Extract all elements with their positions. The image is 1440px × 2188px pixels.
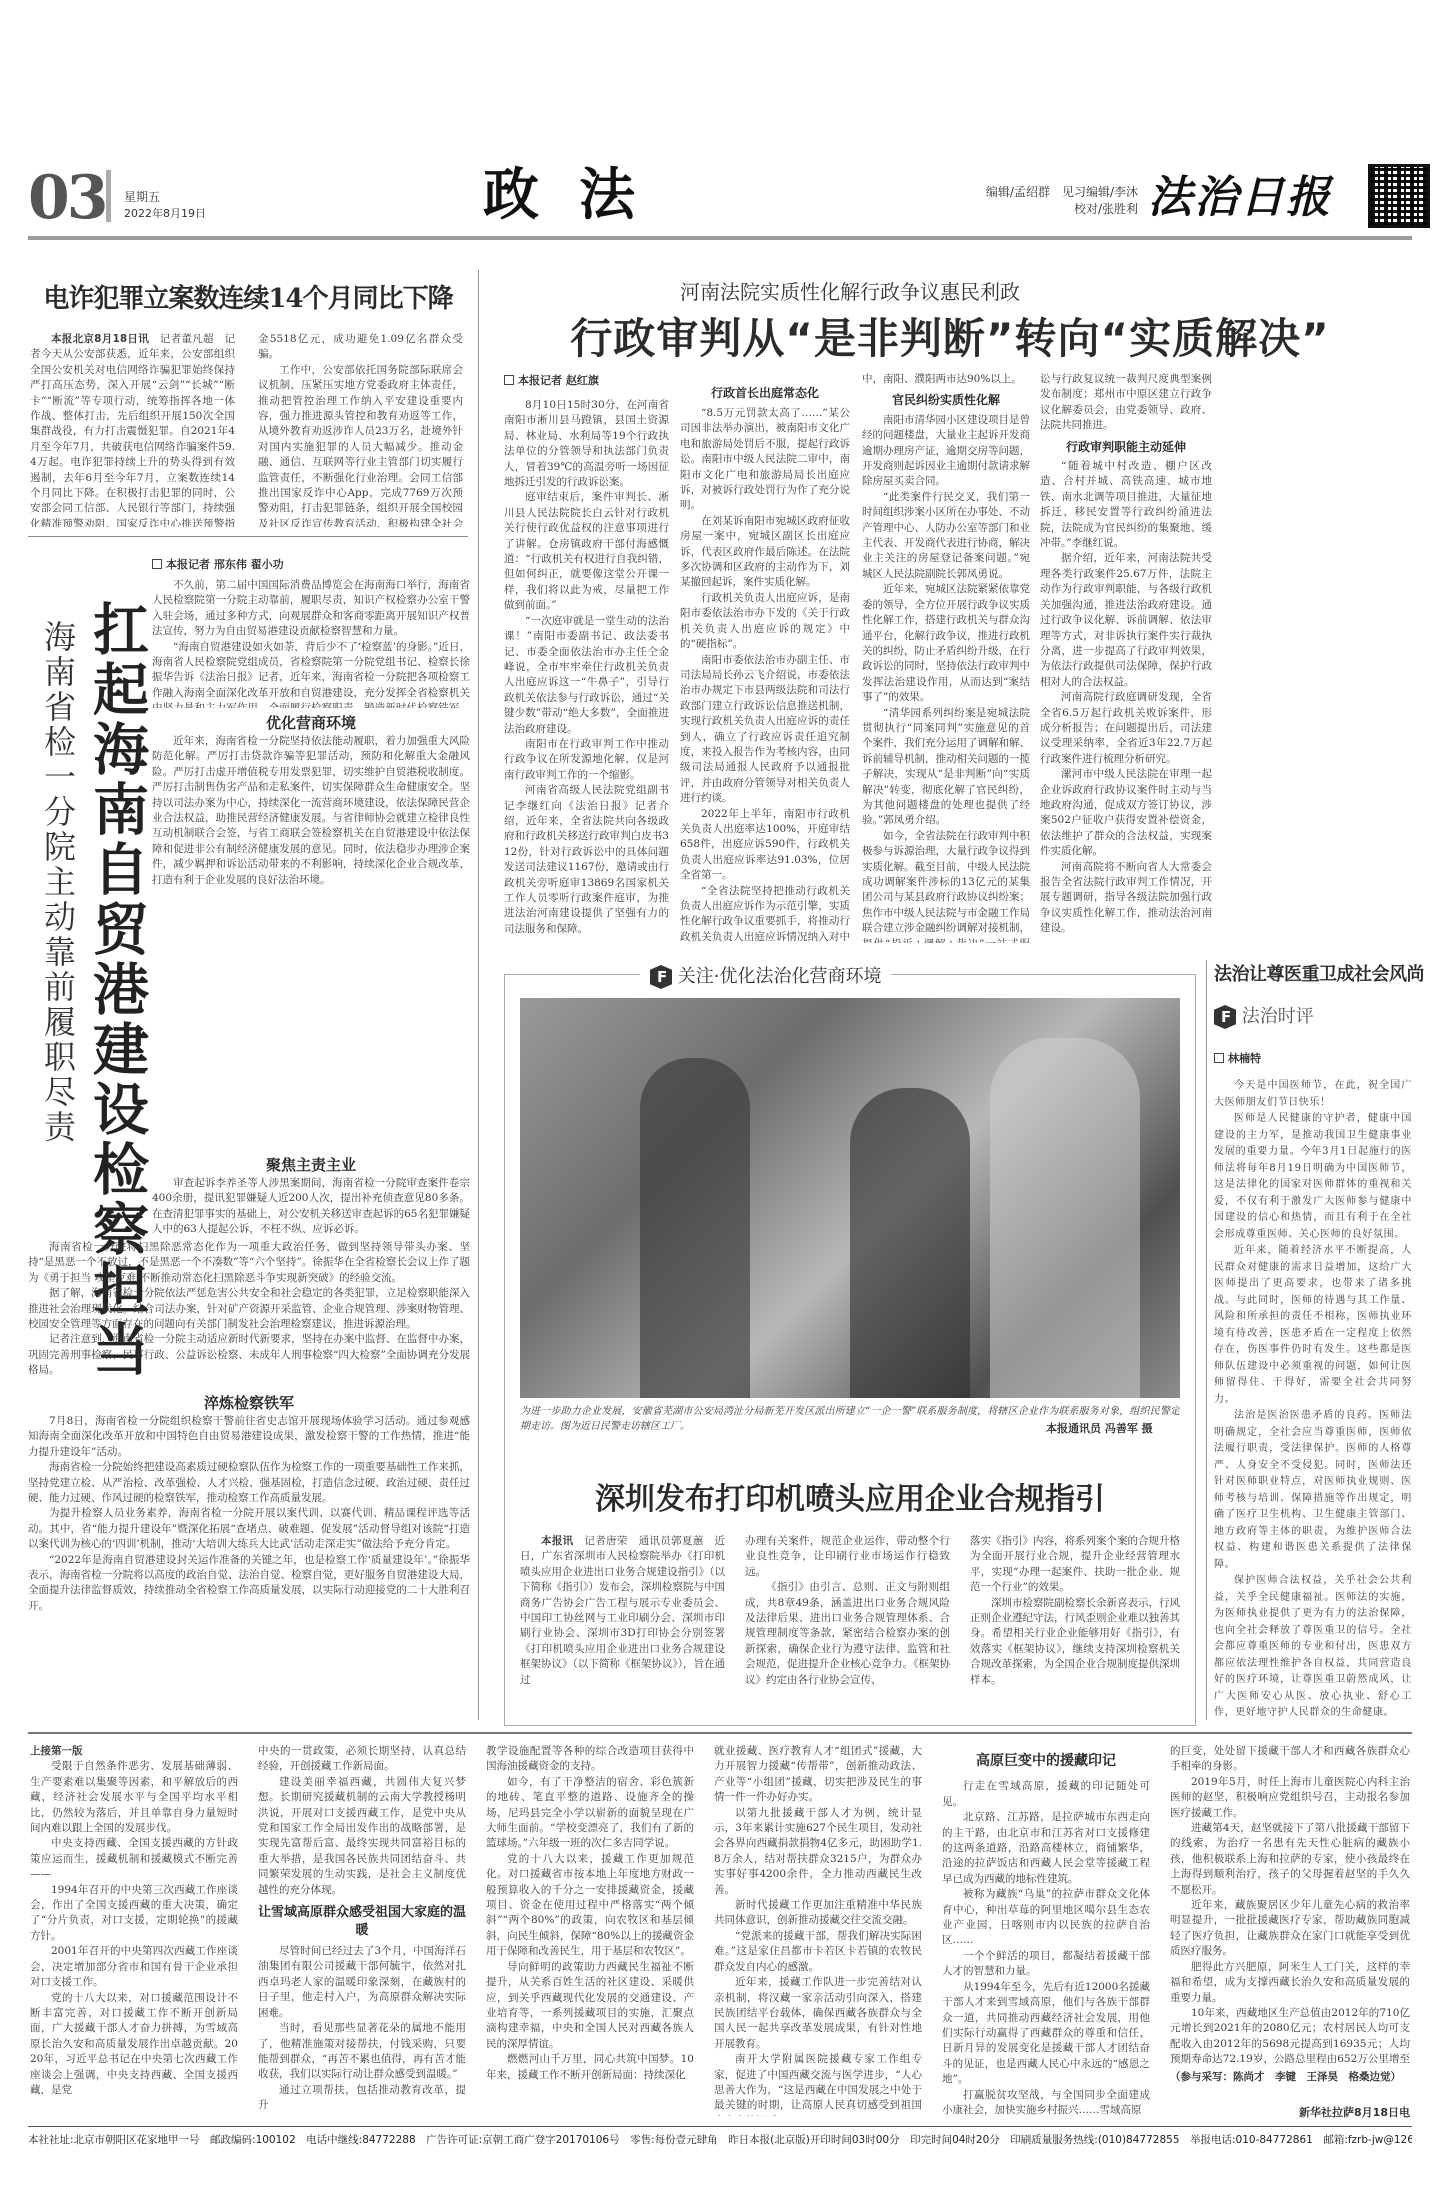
headline-commentary: 法治让尊医重卫成社会风尚: [1214, 960, 1414, 986]
editor-line-1: 编辑/孟绍群 见习编辑/李沐: [928, 184, 1138, 201]
subhead-optimize-business: 优化营商环境: [152, 712, 470, 733]
henan-col4: 讼与行政复议统一裁判尺度典型案例发布制度；郑州市中原区建立行政争议化解委员会，由…: [1040, 372, 1212, 943]
tibet-contributors: （参与采写：陈尚才 李键 王泽昊 格桑边觉）: [1170, 2070, 1410, 2085]
tibet-col1: 上接第一版 受限于自然条件恶劣、发展基础薄弱、生产要素难以集聚等因素，和平解放后…: [30, 1744, 238, 2116]
footer-rule: [28, 2126, 1412, 2127]
subhead-warmth: 让雪域高原群众感受祖国大家庭的温暖: [258, 1904, 466, 1940]
tibet-col5: 高原巨变中的援藏印记 行走在雪域高原，援藏的印记随处可见。 北京路、江苏路，是拉…: [942, 1744, 1150, 2116]
fazhi-f-icon: [650, 965, 672, 989]
hainan-body-2: 审查起诉李养圣等人涉黑案期间，海南省检一分院审查案件卷宗400余册，提讯犯罪嫌疑…: [152, 1176, 470, 1240]
divider: [28, 536, 468, 537]
photo-figure-officer-2: [850, 1088, 970, 1398]
subhead-plateau-change: 高原巨变中的援藏印记: [942, 1754, 1150, 1769]
column-divider: [1206, 960, 1207, 1720]
article-telecom-fraud-col1: 本报北京8月18日讯 记者董凡超 记者今天从公安部获悉，近年来，公安部组织全国公…: [30, 332, 235, 527]
feature-section-label: 关注·优化法治化营商环境: [640, 962, 891, 989]
dateline: 本报北京8月18日讯: [51, 333, 149, 345]
masthead-rule: [28, 236, 1412, 240]
column-divider: [478, 270, 479, 1720]
subhead-function-extension: 行政审判职能主动延伸: [1040, 440, 1212, 455]
subhead-dispute-resolution: 官民纠纷实质性化解: [862, 393, 1030, 408]
shenzhen-col2: 办理有关案件，规范企业运作，带动整个行业良性竞争，让印刷行业市场运作行稳致远。 …: [745, 1534, 950, 1704]
hainan-kicker-vertical: 海南省检一分院主动靠前履职尽责: [44, 620, 72, 1145]
newspaper-logo: 法治日报: [1148, 170, 1332, 226]
subhead-leaders-in-court: 行政首长出庭常态化: [680, 384, 850, 401]
byline-box-icon: [1214, 1053, 1224, 1063]
masthead: 03 星期五 2022年8月19日 政法 编辑/孟绍群 见习编辑/李沐 校对/张…: [28, 160, 1412, 232]
hainan-byline: 本报记者 邢东伟 翟小功: [152, 556, 284, 572]
issue-weekday: 星期五: [124, 188, 160, 205]
hainan-body-1: 近年来，海南省检一分院坚持依法能动履职，着力加强重大风险防范化解。严厉打击贷款诈…: [152, 734, 470, 934]
byline-box-icon: [152, 559, 162, 569]
headline-telecom-fraud: 电诈犯罪立案数连续14个月同比下降: [28, 278, 468, 315]
editor-credits: 编辑/孟绍群 见习编辑/李沐 校对/张胜利: [928, 184, 1138, 218]
footer-imprint: 本社社址:北京市朝阳区花家地甲一号 邮政编码:100102 电话中继线:8477…: [28, 2132, 1412, 2147]
commentary-author: 林楠特: [1214, 1050, 1261, 1066]
issue-date: 2022年8月19日: [124, 205, 206, 221]
tibet-col2: 中央的一贯政策，必须长期坚持，认真总结经验，开创援藏工作新局面。 建设美丽幸福西…: [258, 1744, 466, 2116]
section-rule: [28, 1732, 1412, 1734]
tibet-col6: 的巨变，处处留下援藏干部人才和西藏各族群众心手相牵的身影。 2019年5月，时任…: [1170, 1744, 1410, 2069]
hainan-body-2b: 海南省检一分院将扫黑除恶常态化作为一项重大政治任务，做到坚持领导带头办案、坚持“…: [28, 1240, 470, 1380]
section-title: 政法: [483, 160, 675, 230]
editor-line-2: 校对/张胜利: [928, 201, 1138, 218]
shenzhen-col3: 落实《指引》内容，将系列案个案的合规升格为全面开展行业合规，提升企业经营管理水平…: [970, 1534, 1180, 1704]
tibet-col4: 就业援藏、医疗教育人才“组团式”援藏，大力开展智力援藏“传帮带”，创新推动政法、…: [714, 1744, 922, 2116]
henan-headline: 行政审判从“是非判断”转向“实质解决”: [480, 306, 1420, 366]
tibet-source: 新华社拉萨8月18日电: [1170, 2104, 1410, 2120]
henan-col2: “8.5万元罚款太高了……”某公司因非法举办演出，被南阳市文化广电和旅游局处罚后…: [680, 406, 850, 943]
page-number: 03: [28, 168, 106, 228]
photo-figure-officer-1: [640, 1058, 750, 1398]
subhead-iron-army: 淬炼检察铁军: [28, 1392, 470, 1413]
fazhi-f-icon: [1214, 1005, 1236, 1029]
reporter: 记者董凡超: [160, 333, 214, 345]
byline-box-icon: [504, 375, 514, 385]
page-number-divider: [106, 170, 111, 222]
shenzhen-col1: 本报讯 记者唐荣 通讯员郭夏蕙 近日，广东省深圳市人民检察院举办《打印机喷头应用…: [520, 1534, 725, 1704]
qr-code-icon[interactable]: [1368, 164, 1430, 228]
headline-shenzhen: 深圳发布打印机喷头应用企业合规指引: [504, 1474, 1196, 1518]
henan-col1: 8月10日15时30分，在河南省南阳市淅川县马蹬镇，县国土资源局、林业局、水利局…: [504, 398, 669, 943]
henan-kicker: 河南法院实质性化解行政争议惠民利政: [500, 276, 1200, 305]
photo-credit: 本报通讯员 冯善军 摄: [1040, 1420, 1153, 1436]
henan-byline: 本报记者 赵红旗: [504, 372, 599, 388]
subhead-focus-duty: 聚焦主责主业: [152, 1154, 470, 1175]
commentary-body: 今天是中国医师节，在此，祝全国广大医师朋友们节日快乐！ 医师是人民健康的守护者，…: [1214, 1078, 1412, 1718]
henan-col3: 中，南阳、濮阳两市达90%以上。 官民纠纷实质性化解 南阳市清华园小区建设项目是…: [862, 372, 1030, 943]
hainan-body-top: 不久前，第二届中国国际消费品博览会在海南海口举行，海南省人民检察院第一分院主动靠…: [152, 578, 470, 708]
tibet-col3: 教学设施配置等各种的综合改造项目获得中国海油援藏资金的支持。 如今，有了干净整洁…: [486, 1744, 694, 2116]
commentary-column-label: 法治时评: [1214, 1002, 1314, 1029]
photo-police-visit-factory: [520, 998, 1180, 1398]
photo-figure-worker: [990, 1038, 1140, 1398]
continued-from-label: 上接第一版: [30, 1744, 238, 1759]
article-telecom-fraud-col2: 金5518亿元，成功避免1.09亿名群众受骗。 工作中，公安部依托国务院部际联席…: [258, 332, 463, 527]
hainan-body-3: 7月8日，海南省检一分院组织检察干警前往省史志馆开展现场体验学习活动。通过参观感…: [28, 1414, 470, 1714]
